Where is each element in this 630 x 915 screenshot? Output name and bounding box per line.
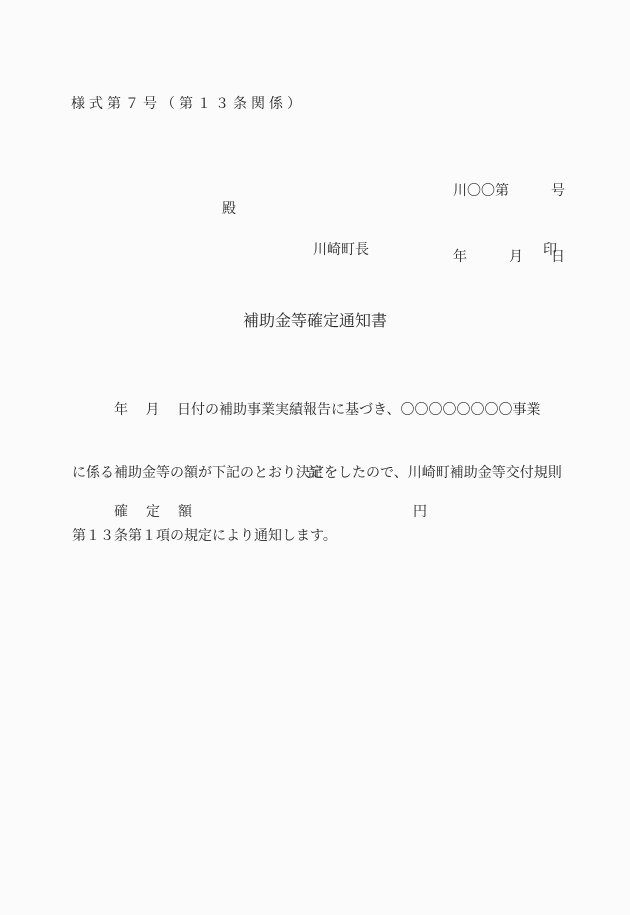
body-line-1: 年 月 日付の補助事業実績報告に基づき、〇〇〇〇〇〇〇〇事業 [72, 400, 572, 421]
doc-number-block: 川〇〇第 号 年 月 日 [453, 137, 565, 313]
confirmed-amount-label: 確 定 額 [114, 503, 194, 523]
seal-placeholder: 印 [543, 241, 557, 261]
document-title: 補助金等確定通知書 [0, 310, 630, 333]
sender-title: 川崎町長 [313, 241, 369, 261]
confirmed-amount-unit: 円 [413, 503, 427, 523]
form-number-label: 様式第７号（第１３条関係） [71, 95, 305, 115]
doc-number-line: 川〇〇第 号 [453, 181, 565, 203]
record-marker: 記 [0, 464, 630, 484]
recipient-honorific: 殿 [222, 200, 236, 220]
document-page: 様式第７号（第１３条関係） 川〇〇第 号 年 月 日 殿 川崎町長 印 補助金等… [0, 0, 630, 915]
body-line-3: 第１３条第１項の規定により通知します。 [72, 526, 572, 547]
